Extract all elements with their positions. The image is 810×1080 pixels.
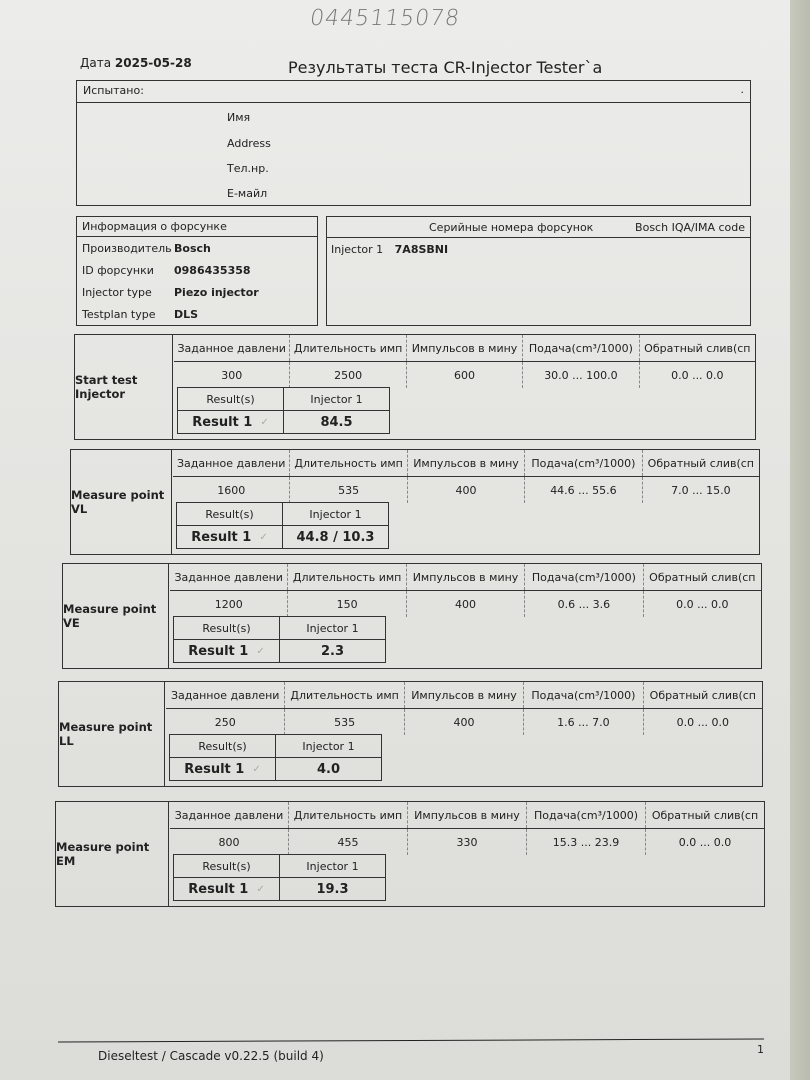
param-header: Подача(cm³/1000)	[527, 802, 646, 828]
injector-header: Injector 1	[279, 617, 385, 639]
check-icon: ✓	[260, 417, 268, 428]
result-label: Result 1	[188, 882, 248, 897]
param-header: Подача(cm³/1000)	[525, 450, 642, 476]
result-header-row: Result(s) Injector 1	[177, 503, 388, 525]
info-label: Testplan type	[82, 308, 174, 321]
info-value: DLS	[174, 308, 198, 321]
injector-info: Информация о форсунке Производитель Bosc…	[76, 216, 318, 326]
injector-header: Injector 1	[275, 735, 381, 757]
date-value: 2025-05-28	[115, 56, 192, 70]
serial-row: Injector 1 7A8SBNI	[327, 238, 750, 261]
date-label: Дата	[80, 56, 111, 70]
result-header-row: Result(s) Injector 1	[170, 735, 381, 757]
serial-header: Серийные номера форсунок Bosch IQA/IMA c…	[327, 217, 750, 238]
param-header: Длительность имп	[288, 564, 406, 590]
param-pulses: 600	[407, 362, 523, 388]
injector-info-header: Информация о форсунке	[77, 217, 317, 237]
param-value-row: 300250060030.0 ... 100.00.0 ... 0.0	[174, 362, 755, 388]
param-header: Импульсов в мину	[408, 802, 527, 828]
param-delivery: 30.0 ... 100.0	[523, 362, 639, 388]
test-block: Measure point EM Заданное давлениДлитель…	[55, 801, 765, 907]
param-header: Заданное давлени	[170, 564, 288, 590]
param-pulses: 400	[407, 591, 525, 617]
result-label-cell: Result 1 ✓	[170, 758, 275, 780]
check-icon: ✓	[256, 884, 264, 895]
paper-sheet: 0445115078 Дата 2025-05-28 Результаты те…	[0, 0, 790, 1080]
param-delivery: 0.6 ... 3.6	[525, 591, 643, 617]
param-header: Заданное давлени	[174, 335, 290, 361]
param-pulses: 400	[405, 709, 524, 735]
param-backflow: 0.0 ... 0.0	[646, 829, 764, 855]
param-header: Подача(cm³/1000)	[523, 335, 639, 361]
result-value: 19.3	[279, 878, 385, 900]
param-delivery: 15.3 ... 23.9	[527, 829, 646, 855]
param-header: Импульсов в мину	[407, 564, 525, 590]
result-table: Result(s) Injector 1 Result 1 ✓ 2.3	[173, 616, 386, 663]
result-row: Result 1 ✓ 4.0	[170, 757, 381, 780]
result-label: Result 1	[191, 530, 251, 545]
dot-mark: .	[741, 83, 745, 96]
info-row-type: Injector type Piezo injector	[77, 281, 317, 303]
result-label-cell: Result 1 ✓	[178, 411, 283, 433]
test-params: Заданное давлениДлительность импИмпульсо…	[174, 335, 755, 388]
test-block: Measure point VE Заданное давлениДлитель…	[62, 563, 762, 669]
param-value-row: 2505354001.6 ... 7.00.0 ... 0.0	[166, 709, 762, 735]
result-header-row: Result(s) Injector 1	[174, 617, 385, 639]
info-row-manufacturer: Производитель Bosch	[77, 237, 317, 259]
result-value: 4.0	[275, 758, 381, 780]
param-header: Заданное давлени	[166, 682, 285, 708]
result-value: 2.3	[279, 640, 385, 662]
test-params: Заданное давлениДлительность импИмпульсо…	[166, 682, 762, 735]
param-header: Импульсов в мину	[408, 450, 525, 476]
param-backflow: 7.0 ... 15.0	[643, 477, 759, 503]
param-header: Подача(cm³/1000)	[524, 682, 643, 708]
param-header: Обратный слив(сп	[644, 682, 762, 708]
info-label: Injector type	[82, 286, 174, 299]
info-value: Piezo injector	[174, 286, 259, 299]
param-delivery: 1.6 ... 7.0	[524, 709, 643, 735]
param-value-row: 80045533015.3 ... 23.90.0 ... 0.0	[170, 829, 764, 855]
param-value-row: 160053540044.6 ... 55.67.0 ... 15.0	[173, 477, 759, 503]
param-pressure: 1600	[173, 477, 290, 503]
results-header: Result(s)	[170, 735, 275, 757]
param-delivery: 44.6 ... 55.6	[525, 477, 642, 503]
test-params: Заданное давлениДлительность импИмпульсо…	[170, 564, 761, 617]
param-pressure: 300	[174, 362, 290, 388]
param-backflow: 0.0 ... 0.0	[640, 362, 755, 388]
tested-header-label: Испытано:	[83, 84, 144, 97]
param-duration: 150	[288, 591, 406, 617]
result-label: Result 1	[188, 644, 248, 659]
param-pressure: 800	[170, 829, 289, 855]
param-header-row: Заданное давлениДлительность импИмпульсо…	[166, 682, 762, 709]
param-header-row: Заданное давлениДлительность импИмпульсо…	[174, 335, 755, 362]
param-header: Обратный слив(сп	[640, 335, 755, 361]
code-header-label: Bosch IQA/IMA code	[635, 221, 745, 234]
info-row-id: ID форсунки 0986435358	[77, 259, 317, 281]
test-name: Start test Injector	[75, 335, 173, 439]
param-duration: 535	[285, 709, 404, 735]
param-duration: 535	[290, 477, 407, 503]
param-pulses: 330	[408, 829, 527, 855]
param-pressure: 1200	[170, 591, 288, 617]
serial-header-label: Серийные номера форсунок	[429, 221, 593, 234]
param-header: Длительность имп	[290, 450, 407, 476]
check-icon: ✓	[252, 764, 260, 775]
results-header: Result(s)	[174, 617, 279, 639]
result-row: Result 1 ✓ 2.3	[174, 639, 385, 662]
param-backflow: 0.0 ... 0.0	[644, 709, 762, 735]
param-header: Импульсов в мину	[405, 682, 524, 708]
result-table: Result(s) Injector 1 Result 1 ✓ 44.8 / 1…	[176, 502, 389, 549]
test-block: Measure point LL Заданное давлениДлитель…	[58, 681, 763, 787]
param-duration: 2500	[290, 362, 406, 388]
info-row-testplan: Testplan type DLS	[77, 303, 317, 325]
injector-header: Injector 1	[283, 388, 389, 410]
param-header: Обратный слив(сп	[643, 450, 759, 476]
field-email: E-майл	[227, 187, 267, 200]
param-header: Импульсов в мину	[407, 335, 523, 361]
serial-value: 7A8SBNI	[395, 243, 448, 256]
tested-section: Испытано: . Имя Address Тел.нр. E-майл	[76, 80, 751, 206]
test-params: Заданное давлениДлительность импИмпульсо…	[173, 450, 759, 503]
test-params: Заданное давлениДлительность импИмпульсо…	[170, 802, 764, 855]
info-value: 0986435358	[174, 264, 251, 277]
result-label-cell: Result 1 ✓	[177, 526, 282, 548]
test-block: Start test Injector Заданное давлениДлит…	[74, 334, 756, 440]
result-table: Result(s) Injector 1 Result 1 ✓ 19.3	[173, 854, 386, 901]
result-label: Result 1	[192, 415, 252, 430]
results-header: Result(s)	[177, 503, 282, 525]
param-header: Подача(cm³/1000)	[525, 564, 643, 590]
serial-numbers: Серийные номера форсунок Bosch IQA/IMA c…	[326, 216, 751, 326]
param-duration: 455	[289, 829, 408, 855]
field-phone: Тел.нр.	[227, 162, 269, 175]
injector-header: Injector 1	[279, 855, 385, 877]
test-name: Measure point VL	[71, 450, 172, 554]
info-label: Производитель	[82, 242, 174, 255]
param-header: Обратный слив(сп	[646, 802, 764, 828]
param-header: Длительность имп	[290, 335, 406, 361]
param-value-row: 12001504000.6 ... 3.60.0 ... 0.0	[170, 591, 761, 617]
param-header: Заданное давлени	[173, 450, 290, 476]
result-value: 84.5	[283, 411, 389, 433]
result-row: Result 1 ✓ 84.5	[178, 410, 389, 433]
result-row: Result 1 ✓ 44.8 / 10.3	[177, 525, 388, 548]
results-header: Result(s)	[174, 855, 279, 877]
field-address: Address	[227, 137, 271, 150]
param-header: Длительность имп	[285, 682, 404, 708]
info-value: Bosch	[174, 242, 211, 255]
check-icon: ✓	[256, 646, 264, 657]
param-header-row: Заданное давлениДлительность импИмпульсо…	[170, 802, 764, 829]
test-name: Measure point VE	[63, 564, 169, 668]
param-header: Обратный слив(сп	[644, 564, 761, 590]
tested-header: Испытано: .	[77, 81, 750, 103]
results-header: Result(s)	[178, 388, 283, 410]
result-table: Result(s) Injector 1 Result 1 ✓ 84.5	[177, 387, 390, 434]
footer-software: Dieseltest / Cascade v0.22.5 (build 4)	[98, 1049, 324, 1063]
result-label-cell: Result 1 ✓	[174, 878, 279, 900]
param-backflow: 0.0 ... 0.0	[644, 591, 761, 617]
serial-label: Injector 1	[331, 243, 383, 256]
page-number: 1	[757, 1043, 764, 1056]
result-value: 44.8 / 10.3	[282, 526, 388, 548]
test-name: Measure point EM	[56, 802, 169, 906]
result-label-cell: Result 1 ✓	[174, 640, 279, 662]
param-header: Длительность имп	[289, 802, 408, 828]
param-pressure: 250	[166, 709, 285, 735]
field-name: Имя	[227, 111, 250, 124]
param-header: Заданное давлени	[170, 802, 289, 828]
param-header-row: Заданное давлениДлительность импИмпульсо…	[170, 564, 761, 591]
result-header-row: Result(s) Injector 1	[178, 388, 389, 410]
footer-divider	[58, 1038, 764, 1042]
test-name: Measure point LL	[59, 682, 165, 786]
result-header-row: Result(s) Injector 1	[174, 855, 385, 877]
check-icon: ✓	[259, 532, 267, 543]
result-table: Result(s) Injector 1 Result 1 ✓ 4.0	[169, 734, 382, 781]
result-row: Result 1 ✓ 19.3	[174, 877, 385, 900]
report-title: Результаты теста CR-Injector Tester`a	[288, 58, 602, 77]
handwritten-note: 0445115078	[308, 6, 461, 31]
param-header-row: Заданное давлениДлительность импИмпульсо…	[173, 450, 759, 477]
result-label: Result 1	[184, 762, 244, 777]
test-block: Measure point VL Заданное давлениДлитель…	[70, 449, 760, 555]
info-label: ID форсунки	[82, 264, 174, 277]
param-pulses: 400	[408, 477, 525, 503]
injector-header: Injector 1	[282, 503, 388, 525]
report-date: Дата 2025-05-28	[80, 56, 192, 70]
